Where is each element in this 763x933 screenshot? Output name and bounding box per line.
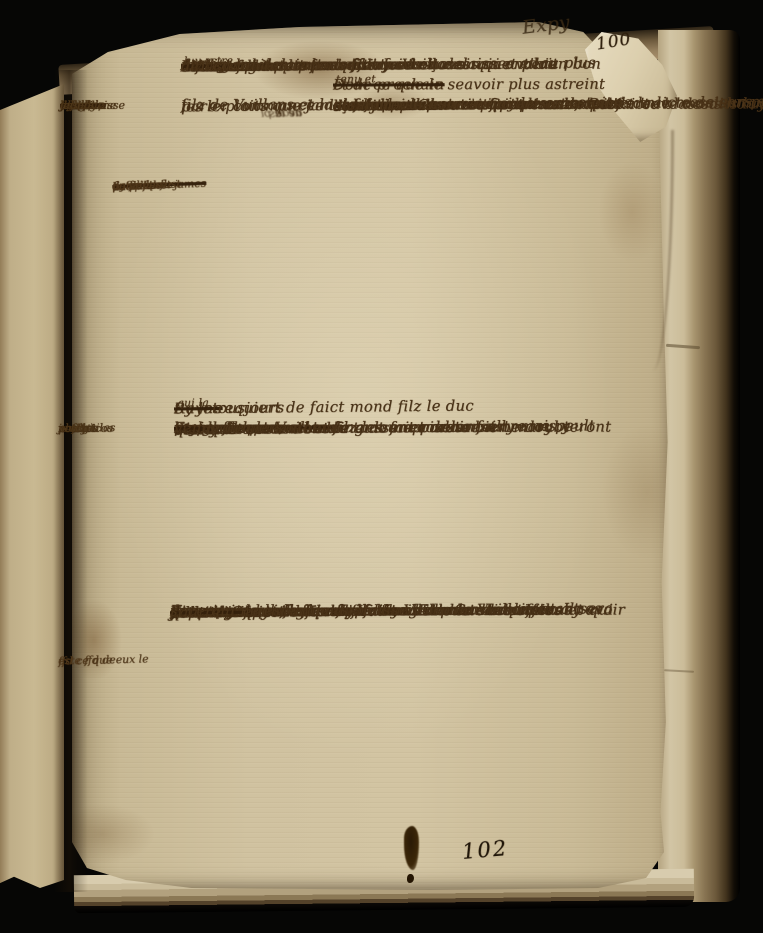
handwritten-text: tousjours <box>212 398 285 419</box>
handwritten-text: por p <box>112 179 141 195</box>
interlinear-text: tenu et <box>336 73 376 85</box>
handwritten-text: les exploits que jamais nul pour estre n… <box>181 94 612 117</box>
manuscript-photo: ayeuloffersplad plliez pouisseade desJun… <box>0 0 763 933</box>
handwritten-text: je moy <box>60 96 97 117</box>
handwritten-text: este ffd de <box>58 653 116 668</box>
handwritten-text: xot <box>58 420 75 438</box>
interlinear-text: qui la <box>177 396 209 409</box>
paragraph-1: Ambassadeur et fr obeissance a feu nous … <box>181 56 673 96</box>
page-edge-seam <box>666 344 700 349</box>
page-edge-seam <box>664 669 694 673</box>
ink-blot <box>404 826 419 870</box>
manuscript-page <box>72 22 670 890</box>
interlinear-text: luy estre <box>184 55 233 67</box>
handwritten-text: si ce qui ne este faict se faisse. Et po… <box>170 601 553 623</box>
paragraph-2: Sy le requiert de faict mond filz le duc… <box>174 397 674 418</box>
manuscript-line: Sy le requiert de faict mond filz le duc… <box>174 395 674 421</box>
handwritten-text: venge de personne <box>174 418 321 438</box>
manuscript-line: de acte dire que pour lors nous luy estr… <box>181 54 673 79</box>
manuscript-line: Dom ce que le seavoir plus astreint et d… <box>333 75 673 96</box>
binding-gutter-shadow <box>54 70 88 892</box>
folio-number-bottom: 102 <box>461 836 509 864</box>
